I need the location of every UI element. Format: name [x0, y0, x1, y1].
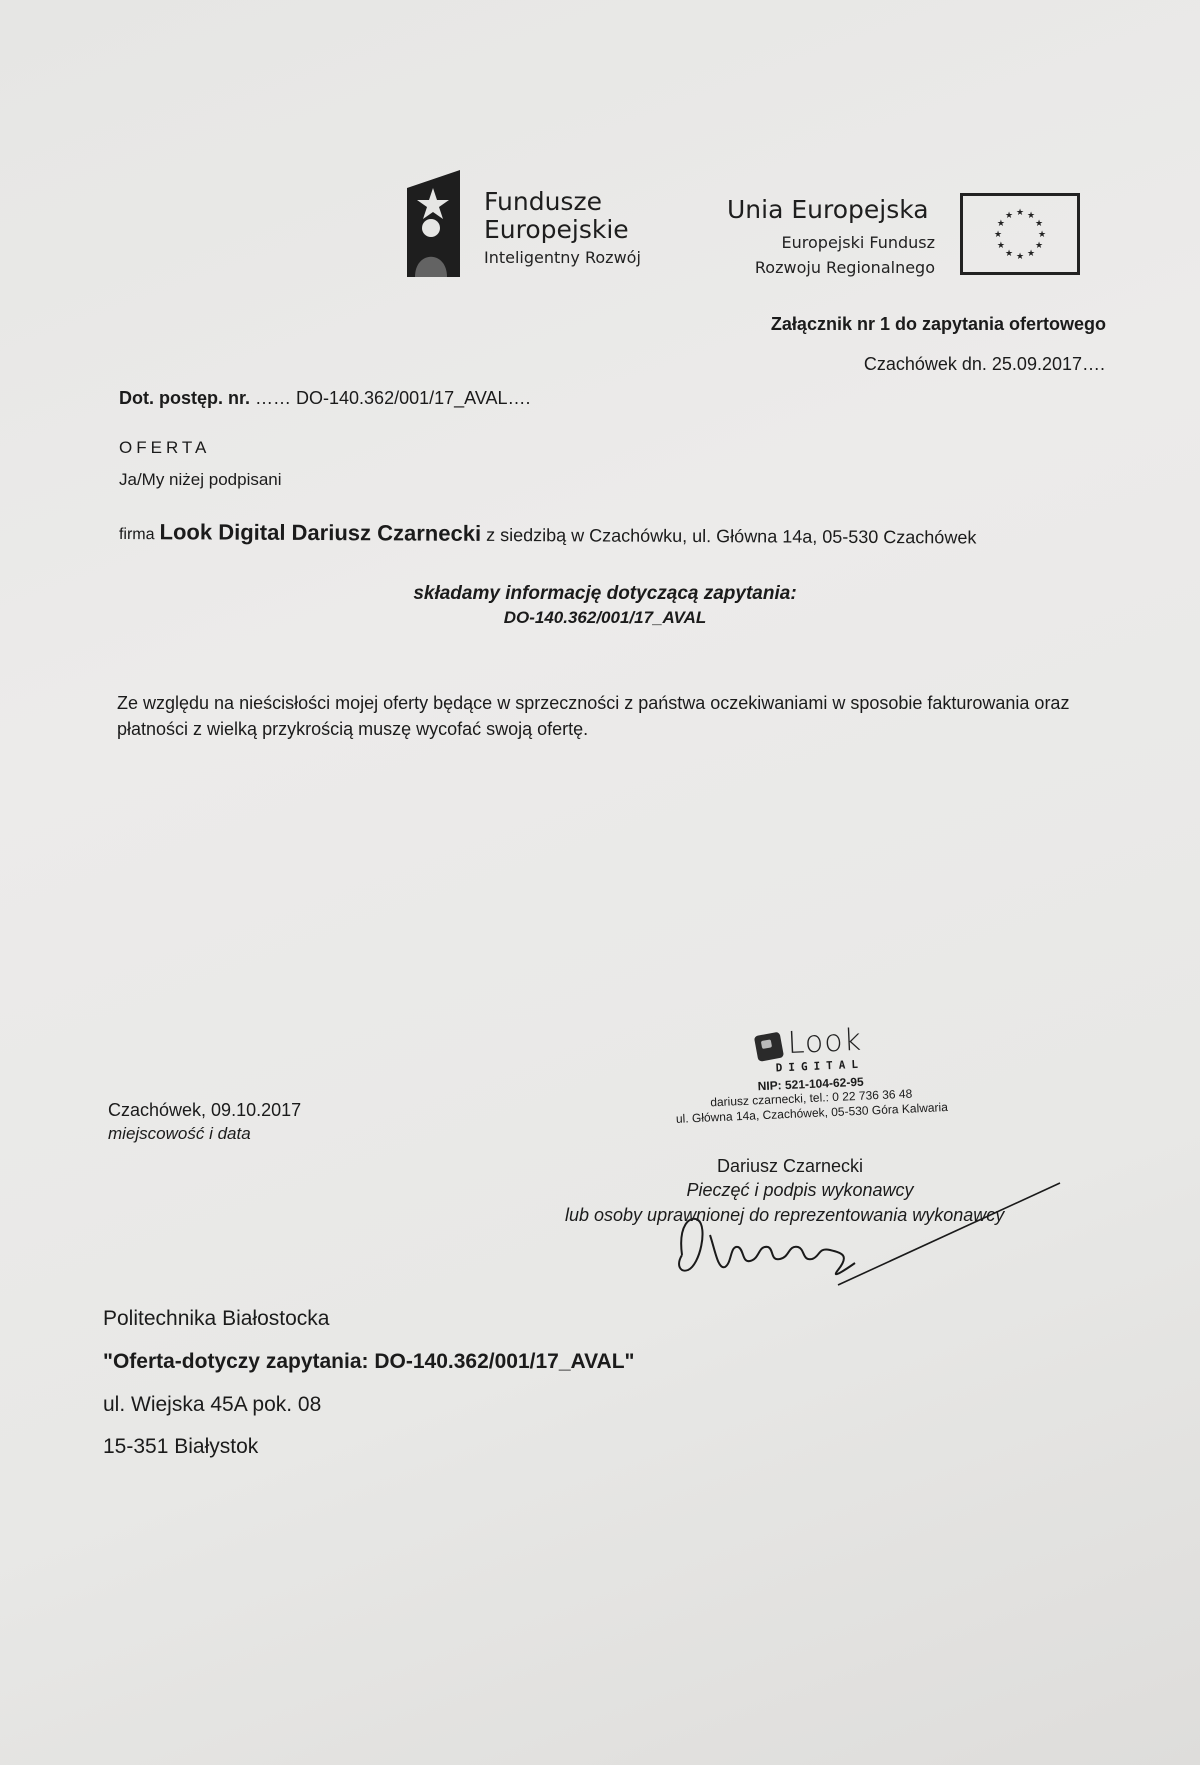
- svg-text:★: ★: [1038, 229, 1046, 239]
- recipient-name: Politechnika Białostocka: [103, 1307, 329, 1331]
- svg-text:★: ★: [1016, 207, 1024, 217]
- svg-text:★: ★: [994, 229, 1002, 239]
- svg-text:★: ★: [997, 218, 1005, 228]
- svg-text:★: ★: [1016, 251, 1024, 261]
- place-date-label: miejscowość i data: [108, 1124, 251, 1144]
- ue-logo-title: Unia Europejska: [727, 195, 929, 224]
- company-address: z siedzibą w Czachówku, ul. Główna 14a, …: [486, 525, 976, 548]
- ue-sub-line2: Rozwoju Regionalnego: [755, 255, 935, 280]
- svg-text:★: ★: [1005, 248, 1013, 258]
- undersigned-label: Ja/My niżej podpisani: [119, 470, 282, 490]
- signer-name: Dariusz Czarnecki: [0, 1156, 1200, 1177]
- inquiry-heading: składamy informację dotyczącą zapytania:: [0, 583, 1200, 605]
- place-date-value: Czachówek, 09.10.2017: [108, 1100, 301, 1121]
- company-line: firma Look Digital Dariusz Czarnecki z s…: [119, 519, 977, 549]
- ue-sub-line1: Europejski Fundusz: [755, 230, 935, 255]
- fundusze-europejskie-logo-icon: [407, 170, 460, 277]
- recipient-city: 15-351 Białystok: [103, 1435, 258, 1459]
- svg-text:★: ★: [997, 240, 1005, 250]
- stamp-logo-text: Look: [787, 1026, 863, 1059]
- svg-text:★: ★: [1027, 210, 1035, 220]
- reference-value: …… DO-140.362/001/17_AVAL….: [250, 388, 531, 408]
- fe-title-line2: Europejskie: [484, 216, 629, 244]
- fe-logo-title: Fundusze Europejskie: [484, 188, 629, 244]
- fe-logo-subtitle: Inteligentny Rozwój: [484, 248, 641, 267]
- recipient-street: ul. Wiejska 45A pok. 08: [103, 1393, 321, 1417]
- recipient-subject: "Oferta-dotyczy zapytania: DO-140.362/00…: [103, 1350, 635, 1374]
- inquiry-reference: DO-140.362/001/17_AVAL: [0, 608, 1200, 628]
- svg-text:★: ★: [1035, 240, 1043, 250]
- withdrawal-statement: Ze względu na nieścisłości mojej oferty …: [117, 690, 1077, 742]
- look-digital-cube-icon: [754, 1032, 784, 1062]
- offer-title: OFERTA: [119, 438, 210, 458]
- ue-logo-subtitle: Europejski Fundusz Rozwoju Regionalnego: [755, 230, 935, 280]
- company-prefix: firma: [119, 526, 155, 543]
- company-stamp: Look DIGITAL NIP: 521-104-62-95 dariusz …: [658, 1012, 962, 1128]
- handwritten-signature-icon: [670, 1175, 1070, 1305]
- reference-label: Dot. postęp. nr.: [119, 388, 250, 408]
- document-date: Czachówek dn. 25.09.2017….: [864, 354, 1105, 375]
- eu-flag-icon: ★★★★★★★★★★★★: [960, 193, 1080, 275]
- svg-text:★: ★: [1005, 210, 1013, 220]
- company-name: Look Digital Dariusz Czarnecki: [160, 519, 482, 546]
- svg-text:★: ★: [1035, 218, 1043, 228]
- svg-text:★: ★: [1027, 248, 1035, 258]
- attachment-label: Załącznik nr 1 do zapytania ofertowego: [771, 314, 1106, 335]
- fe-title-line1: Fundusze: [484, 188, 629, 216]
- reference-line: Dot. postęp. nr. …… DO-140.362/001/17_AV…: [119, 388, 531, 409]
